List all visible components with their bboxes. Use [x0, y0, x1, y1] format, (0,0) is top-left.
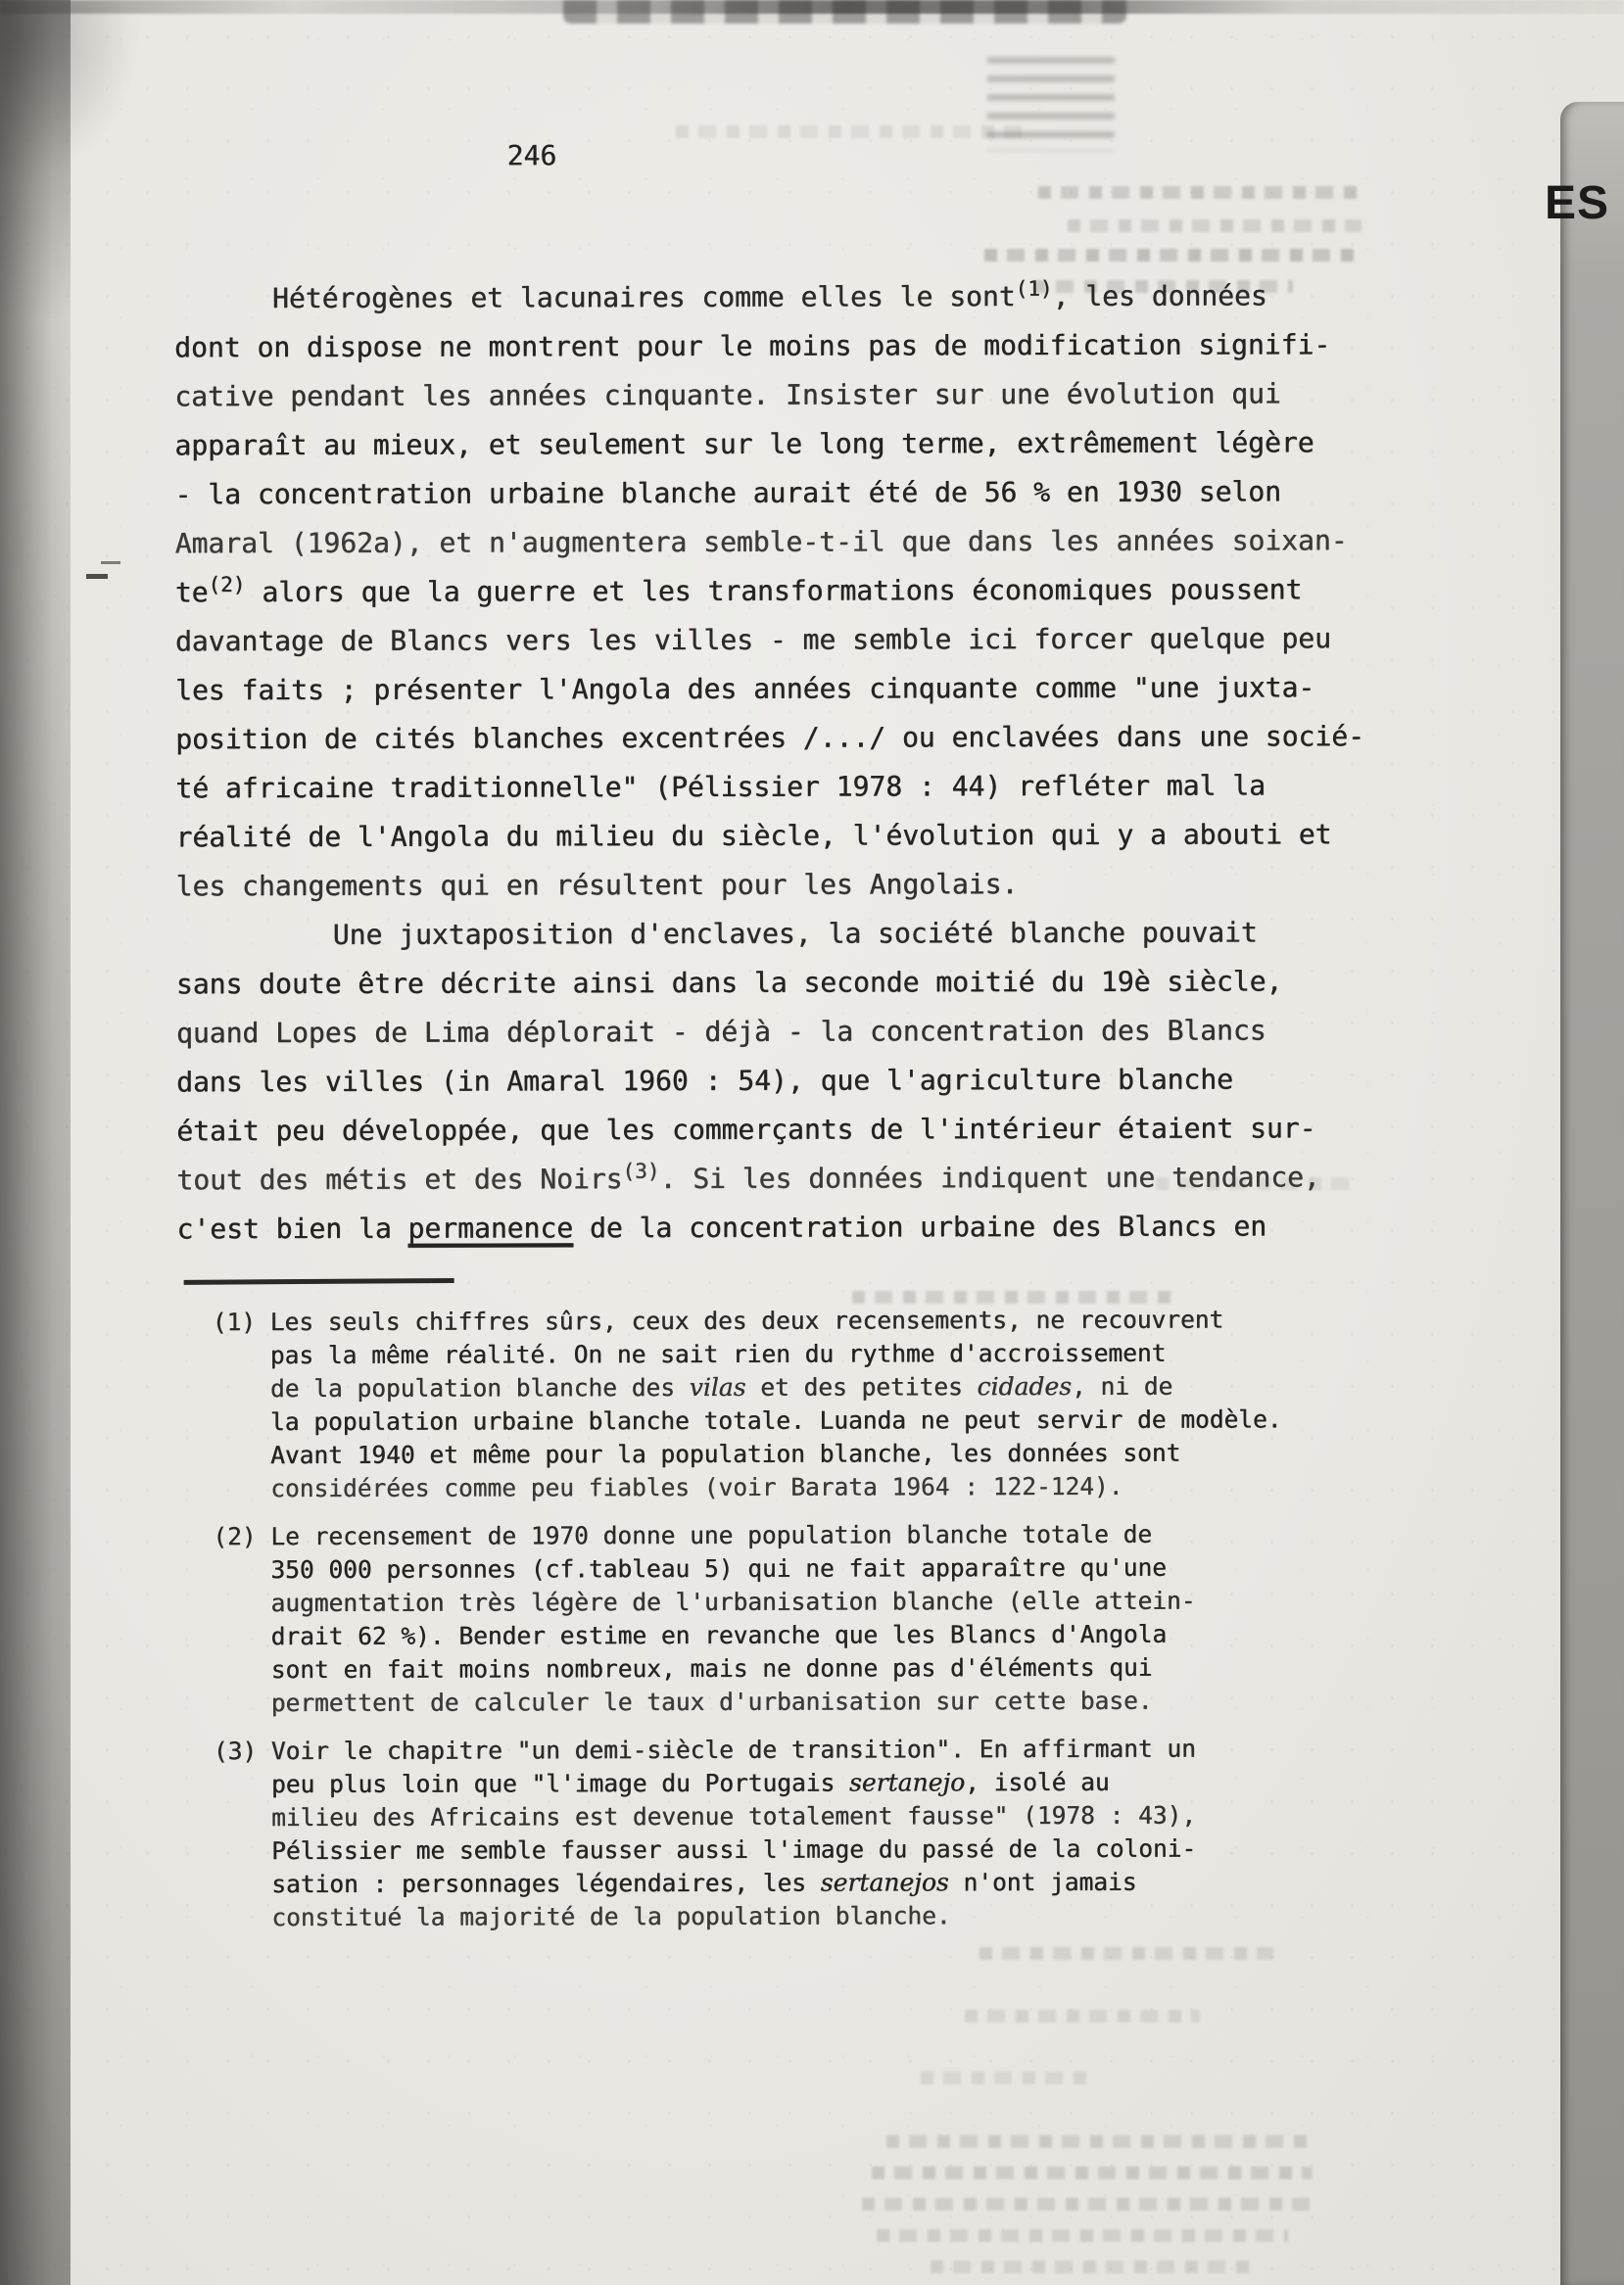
text-line: constitué la majorité de la population b… [271, 1898, 1409, 1934]
text-line: drait 62 %). Bender estime en revanche q… [271, 1617, 1409, 1653]
text-line: te(2) alors que la guerre et les transfo… [175, 565, 1439, 617]
margin-pencil-mark [86, 574, 108, 579]
text-line: de la population blanche des vilas et de… [270, 1369, 1408, 1405]
footnote: (3) Voir le chapitre "un demi-siècle de … [214, 1732, 1409, 1934]
text-line: réalité de l'Angola du milieu du siècle,… [175, 810, 1439, 862]
text-line: considérées comme peu fiables (voir Bara… [270, 1469, 1408, 1505]
scan-streak-marks [987, 57, 1115, 151]
text-line: cative pendant les années cinquante. Ins… [174, 369, 1438, 421]
footnotes: (1) Les seuls chiffres sûrs, ceux des de… [213, 1303, 1409, 1949]
text-line: - la concentration urbaine blanche aurai… [174, 467, 1438, 519]
text-line: Avant 1940 et même pour la population bl… [270, 1436, 1408, 1472]
scanned-document-page: 246 Hétérogènes et lacunaires comme elle… [0, 0, 1624, 2285]
text-line: Amaral (1962a), et n'augmentera semble-t… [175, 516, 1439, 568]
text-line: sation : personnages légendaires, les se… [271, 1865, 1409, 1901]
text-line: peu plus loin que "l'image du Portugais … [271, 1765, 1409, 1801]
text-line: la population urbaine blanche totale. Lu… [270, 1403, 1408, 1439]
page-number: 246 [507, 131, 557, 180]
footnote: (2) Le recensement de 1970 donne une pop… [213, 1517, 1409, 1720]
adjacent-page-edge [1560, 102, 1624, 2285]
body-text: Hétérogènes et lacunaires comme elles le… [174, 271, 1441, 1254]
text-line: sans doute être décrite ainsi dans la se… [176, 957, 1440, 1009]
text-line: milieu des Africains est devenue totalem… [271, 1798, 1409, 1834]
text-line: permettent de calculer le taux d'urbanis… [271, 1684, 1409, 1720]
text-line: Pélissier me semble fausser aussi l'imag… [271, 1832, 1409, 1868]
text-line: (2) Le recensement de 1970 donne une pop… [213, 1517, 1408, 1553]
text-line: tout des métis et des Noirs(3). Si les d… [176, 1153, 1440, 1205]
text-line: était peu développée, que les commerçant… [176, 1104, 1440, 1156]
text-line: les changements qui en résultent pour le… [176, 859, 1440, 911]
text-line: sont en fait moins nombreux, mais ne don… [271, 1650, 1409, 1687]
text-line: dont on dispose ne montrent pour le moin… [174, 320, 1438, 372]
text-line: position de cités blanches excentrées /.… [175, 712, 1439, 764]
text-line: pas la même réalité. On ne sait rien du … [270, 1336, 1408, 1372]
text-line: c'est bien la permanence de la concentra… [176, 1202, 1440, 1254]
scan-left-edge-shadow [0, 0, 71, 2285]
text-line: 350 000 personnes (cf.tableau 5) qui ne … [270, 1550, 1408, 1587]
text-line: apparaît au mieux, et seulement sur le l… [174, 418, 1438, 470]
text-line: les faits ; présenter l'Angola des année… [175, 663, 1439, 715]
text-line: (1) Les seuls chiffres sûrs, ceux des de… [213, 1303, 1408, 1339]
text-line: té africaine traditionnelle" (Pélissier … [175, 761, 1439, 813]
text-line: davantage de Blancs vers les villes - me… [175, 614, 1439, 666]
text-line: Hétérogènes et lacunaires comme elles le… [174, 271, 1438, 323]
text-line: dans les villes (in Amaral 1960 : 54), q… [176, 1055, 1440, 1107]
text-line: Une juxtaposition d'enclaves, la société… [176, 908, 1440, 960]
footnote: (1) Les seuls chiffres sûrs, ceux des de… [213, 1303, 1409, 1505]
text-line: quand Lopes de Lima déplorait - déjà - l… [176, 1006, 1440, 1058]
page-content: 246 Hétérogènes et lacunaires comme elle… [0, 0, 1624, 2285]
scan-corner-shadow [0, 0, 137, 176]
text-line: augmentation très légère de l'urbanisati… [270, 1584, 1408, 1620]
footnote-separator [184, 1278, 454, 1285]
text-line: (3) Voir le chapitre "un demi-siècle de … [214, 1732, 1409, 1768]
paragraph: Hétérogènes et lacunaires comme elles le… [174, 271, 1440, 911]
edge-label: ES [1545, 176, 1609, 230]
paragraph: Une juxtaposition d'enclaves, la société… [176, 908, 1441, 1254]
scan-top-smudge [563, 0, 1126, 24]
